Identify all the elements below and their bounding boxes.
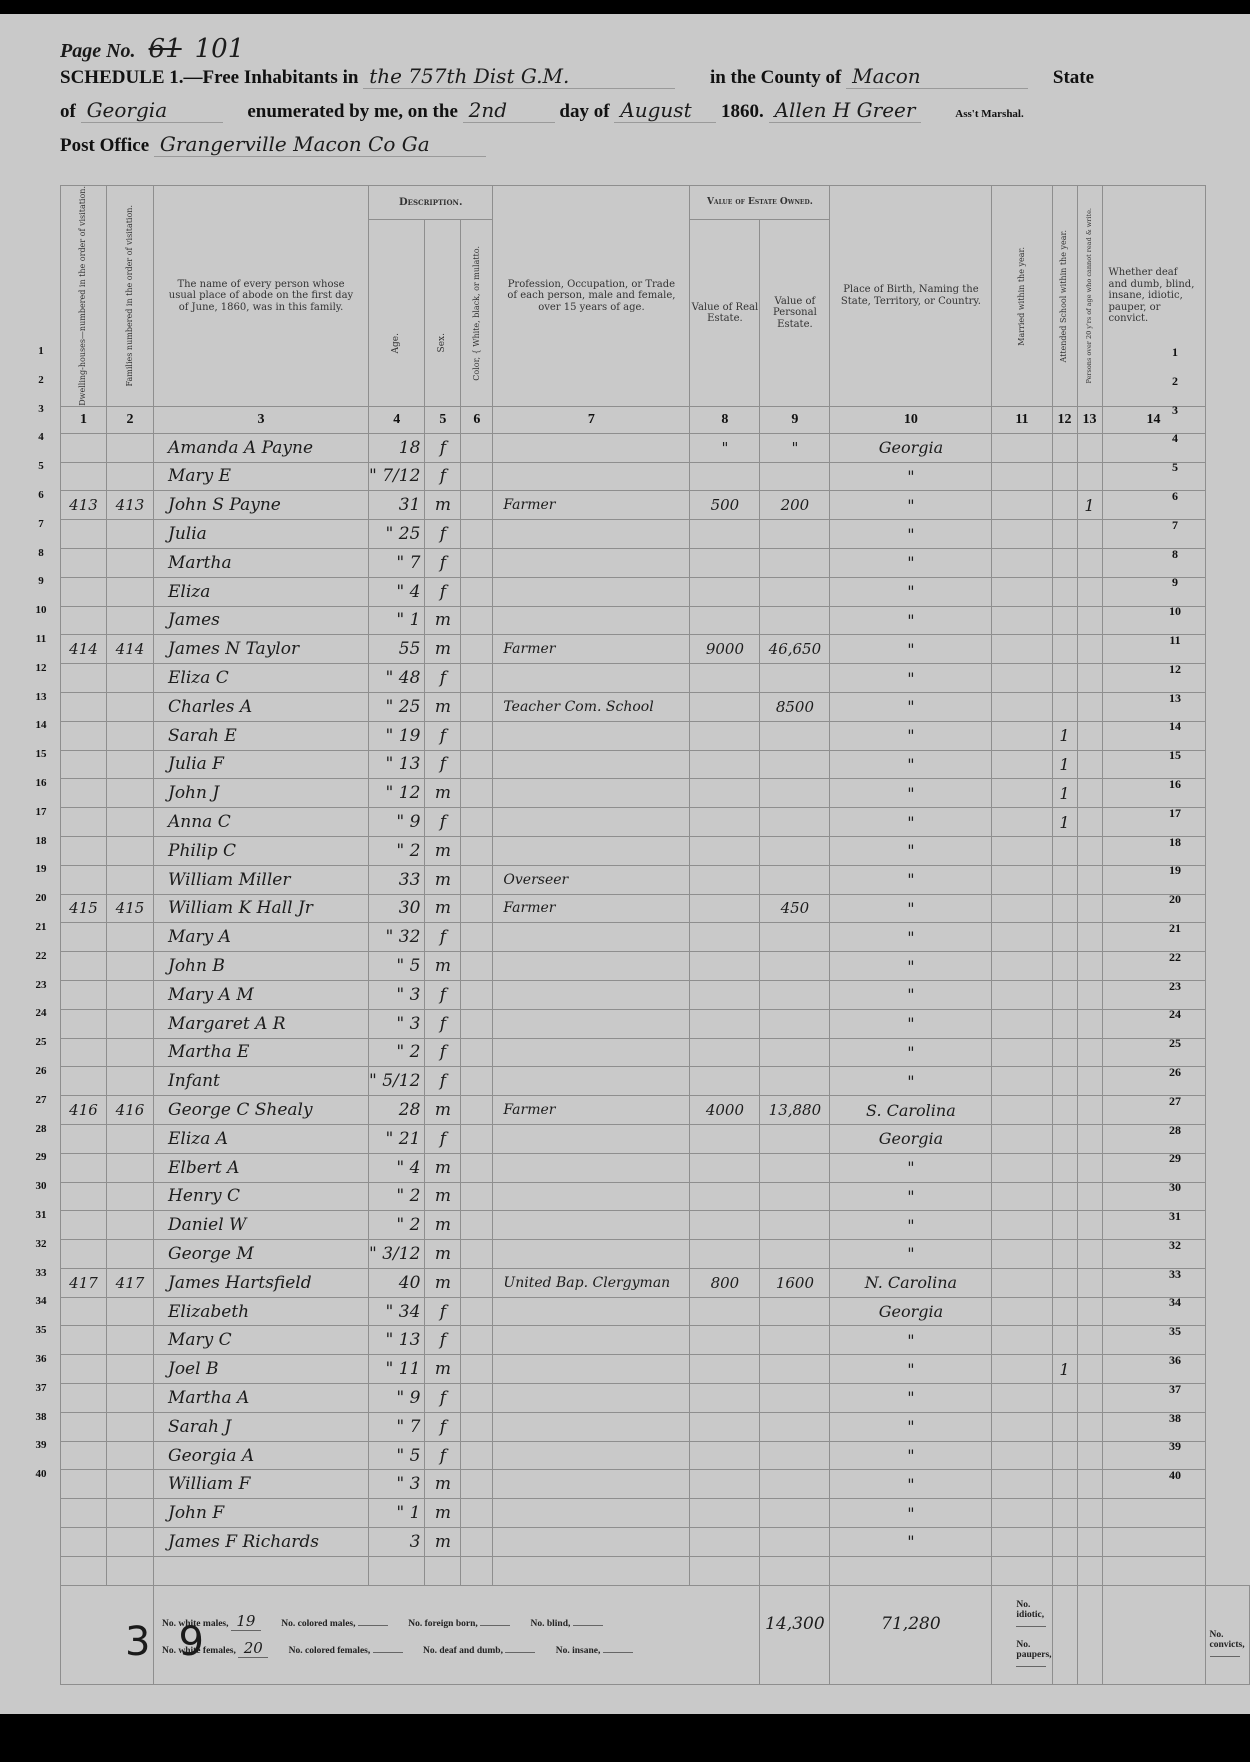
personal-estate-value bbox=[760, 1499, 830, 1528]
age: 40 bbox=[369, 1268, 425, 1297]
occupation bbox=[493, 433, 690, 462]
sex: m bbox=[425, 865, 461, 894]
color bbox=[461, 433, 493, 462]
married-mark bbox=[992, 1441, 1052, 1470]
sex: m bbox=[425, 779, 461, 808]
personal-estate-total: 71,280 bbox=[830, 1614, 991, 1634]
occupation bbox=[493, 1067, 690, 1096]
real-estate-value bbox=[690, 1441, 760, 1470]
illiterate-mark bbox=[1077, 808, 1102, 837]
school-mark bbox=[1052, 548, 1077, 577]
age: " 21 bbox=[369, 1124, 425, 1153]
birthplace: " bbox=[830, 1326, 992, 1355]
totals-idiotic-paupers: No. idiotic, No. paupers, bbox=[992, 1585, 1052, 1684]
married-mark bbox=[992, 1268, 1052, 1297]
family-number bbox=[107, 462, 154, 491]
married-mark bbox=[992, 1096, 1052, 1125]
personal-estate-value bbox=[760, 1556, 830, 1585]
table-row: Infant" 5/12f" bbox=[61, 1067, 1250, 1096]
occupation bbox=[493, 520, 690, 549]
line-number-right: 20 bbox=[1160, 892, 1190, 907]
school-mark bbox=[1052, 980, 1077, 1009]
illiterate-mark bbox=[1077, 462, 1102, 491]
married-mark bbox=[992, 1355, 1052, 1384]
family-number bbox=[107, 664, 154, 693]
family-number bbox=[107, 1153, 154, 1182]
table-row: John J" 12m"1 bbox=[61, 779, 1250, 808]
dwelling-number bbox=[61, 980, 107, 1009]
family-number bbox=[107, 1556, 154, 1585]
personal-estate-value: 8500 bbox=[760, 692, 830, 721]
age: 28 bbox=[369, 1096, 425, 1125]
line-number-left: 22 bbox=[30, 950, 52, 962]
color bbox=[461, 1326, 493, 1355]
school-mark bbox=[1052, 491, 1077, 520]
age: 55 bbox=[369, 635, 425, 664]
table-row: Henry C" 2m" bbox=[61, 1182, 1250, 1211]
line-number-right: 36 bbox=[1160, 1353, 1190, 1368]
school-mark bbox=[1052, 606, 1077, 635]
birthplace: " bbox=[830, 1211, 992, 1240]
age: " 2 bbox=[369, 1038, 425, 1067]
occupation bbox=[493, 1499, 690, 1528]
enumeration-line: of Georgia enumerated by me, on the 2nd … bbox=[60, 98, 1024, 123]
sex: m bbox=[425, 1268, 461, 1297]
line-number-right: 37 bbox=[1160, 1382, 1190, 1397]
occupation: Farmer bbox=[493, 1096, 690, 1125]
line-number-left: 12 bbox=[30, 662, 52, 674]
post-office-label: Post Office bbox=[60, 135, 149, 156]
real-estate-value bbox=[690, 750, 760, 779]
married-mark bbox=[992, 577, 1052, 606]
illiterate-mark bbox=[1077, 1384, 1102, 1413]
line-number-right: 16 bbox=[1160, 777, 1190, 792]
birthplace: " bbox=[830, 1067, 992, 1096]
family-number bbox=[107, 865, 154, 894]
illiterate-mark bbox=[1077, 433, 1102, 462]
real-estate-value bbox=[690, 548, 760, 577]
real-estate-value bbox=[690, 836, 760, 865]
family-number bbox=[107, 1528, 154, 1557]
real-estate-value bbox=[690, 1297, 760, 1326]
table-row: Sarah E" 19f"1 bbox=[61, 721, 1250, 750]
color bbox=[461, 894, 493, 923]
family-number bbox=[107, 1355, 154, 1384]
birthplace: " bbox=[830, 952, 992, 981]
personal-estate-value bbox=[760, 1240, 830, 1269]
col-header-name: The name of every person whose usual pla… bbox=[154, 186, 369, 407]
person-name: Joel B bbox=[154, 1355, 369, 1384]
occupation bbox=[493, 1182, 690, 1211]
illiterate-mark bbox=[1077, 1009, 1102, 1038]
line-number-left: 40 bbox=[30, 1468, 52, 1480]
occupation bbox=[493, 1355, 690, 1384]
married-mark bbox=[992, 1528, 1052, 1557]
school-mark: 1 bbox=[1052, 750, 1077, 779]
color bbox=[461, 635, 493, 664]
sex: m bbox=[425, 606, 461, 635]
line-number-right: 27 bbox=[1160, 1094, 1190, 1109]
col-group-estate: Value of Estate Owned. bbox=[690, 186, 830, 220]
occupation bbox=[493, 980, 690, 1009]
sex: f bbox=[425, 577, 461, 606]
birthplace: " bbox=[830, 836, 992, 865]
real-estate-value: 500 bbox=[690, 491, 760, 520]
birthplace: Georgia bbox=[830, 433, 992, 462]
line-number-left: 32 bbox=[30, 1238, 52, 1250]
county-field: Macon bbox=[846, 64, 1028, 89]
person-name: Infant bbox=[154, 1067, 369, 1096]
dwelling-number bbox=[61, 692, 107, 721]
col-header-dwelling: Dwelling-houses—numbered in the order of… bbox=[61, 186, 107, 407]
person-name: Mary A bbox=[154, 923, 369, 952]
real-estate-value bbox=[690, 462, 760, 491]
married-mark bbox=[992, 923, 1052, 952]
person-name: Elizabeth bbox=[154, 1297, 369, 1326]
marshal-name-field: Allen H Greer bbox=[769, 98, 921, 123]
school-mark bbox=[1052, 1297, 1077, 1326]
schedule-line: SCHEDULE 1.—Free Inhabitants in the 757t… bbox=[60, 64, 1094, 89]
dwelling-number bbox=[61, 1384, 107, 1413]
dwelling-number bbox=[61, 721, 107, 750]
person-name: Amanda A Payne bbox=[154, 433, 369, 462]
table-row: 417417James Hartsfield40mUnited Bap. Cle… bbox=[61, 1268, 1250, 1297]
real-estate-value bbox=[690, 1211, 760, 1240]
school-mark bbox=[1052, 1326, 1077, 1355]
header-group-row: Dwelling-houses—numbered in the order of… bbox=[61, 186, 1250, 220]
sex: f bbox=[425, 980, 461, 1009]
table-row: Amanda A Payne18f""Georgia bbox=[61, 433, 1250, 462]
sex: m bbox=[425, 836, 461, 865]
real-estate-value bbox=[690, 952, 760, 981]
family-number bbox=[107, 1499, 154, 1528]
occupation bbox=[493, 664, 690, 693]
line-number-right: 29 bbox=[1160, 1151, 1190, 1166]
col-number: 9 bbox=[760, 406, 830, 433]
dwelling-number bbox=[61, 520, 107, 549]
family-number bbox=[107, 779, 154, 808]
table-row: James F Richards3m" bbox=[61, 1528, 1250, 1557]
sex: f bbox=[425, 1067, 461, 1096]
school-mark bbox=[1052, 433, 1077, 462]
personal-estate-value bbox=[760, 1412, 830, 1441]
state-field: Georgia bbox=[81, 98, 223, 123]
table-row: Martha A" 9f" bbox=[61, 1384, 1250, 1413]
line-number-left: 20 bbox=[30, 892, 52, 904]
table-row: William Miller33mOverseer" bbox=[61, 865, 1250, 894]
dwelling-number bbox=[61, 808, 107, 837]
personal-estate-value bbox=[760, 923, 830, 952]
school-mark bbox=[1052, 1556, 1077, 1585]
col-header-occupation: Profession, Occupation, or Trade of each… bbox=[493, 186, 690, 407]
birthplace: " bbox=[830, 1153, 992, 1182]
real-estate-value bbox=[690, 606, 760, 635]
school-mark: 1 bbox=[1052, 779, 1077, 808]
table-row: Anna C" 9f"1 bbox=[61, 808, 1250, 837]
personal-estate-value bbox=[760, 1211, 830, 1240]
real-estate-total: 14,300 bbox=[760, 1614, 829, 1634]
illiterate-mark bbox=[1077, 1355, 1102, 1384]
table-row: Philip C" 2m" bbox=[61, 836, 1250, 865]
birthplace: " bbox=[830, 1441, 992, 1470]
person-name: George C Shealy bbox=[154, 1096, 369, 1125]
person-name: Elbert A bbox=[154, 1153, 369, 1182]
color bbox=[461, 548, 493, 577]
school-mark bbox=[1052, 1124, 1077, 1153]
married-mark bbox=[992, 1556, 1052, 1585]
married-mark bbox=[992, 836, 1052, 865]
table-row: Julia F" 13f"1 bbox=[61, 750, 1250, 779]
age: 31 bbox=[369, 491, 425, 520]
family-number bbox=[107, 808, 154, 837]
table-row: Elbert A" 4m" bbox=[61, 1153, 1250, 1182]
line-number-left: 29 bbox=[30, 1151, 52, 1163]
dwelling-number bbox=[61, 1556, 107, 1585]
personal-estate-value bbox=[760, 577, 830, 606]
married-mark bbox=[992, 750, 1052, 779]
family-number: 413 bbox=[107, 491, 154, 520]
married-mark bbox=[992, 1412, 1052, 1441]
personal-estate-value: " bbox=[760, 433, 830, 462]
line-number-right: 7 bbox=[1160, 518, 1190, 533]
col-number: 6 bbox=[461, 406, 493, 433]
table-row: Georgia A" 5f" bbox=[61, 1441, 1250, 1470]
color bbox=[461, 779, 493, 808]
table-row: John B" 5m" bbox=[61, 952, 1250, 981]
age: " 48 bbox=[369, 664, 425, 693]
personal-estate-value bbox=[760, 1009, 830, 1038]
sex: f bbox=[425, 808, 461, 837]
line-number-right: 1 bbox=[1160, 345, 1190, 360]
line-number-right: 2 bbox=[1160, 374, 1190, 389]
color bbox=[461, 1297, 493, 1326]
col-header-age: Age. bbox=[369, 220, 425, 406]
illiterate-mark bbox=[1077, 1441, 1102, 1470]
sex: f bbox=[425, 1412, 461, 1441]
handwritten-count: 39 bbox=[125, 1619, 232, 1665]
married-mark bbox=[992, 462, 1052, 491]
birthplace: " bbox=[830, 1182, 992, 1211]
school-mark bbox=[1052, 664, 1077, 693]
birthplace: " bbox=[830, 692, 992, 721]
school-mark bbox=[1052, 1499, 1077, 1528]
dwelling-number: 414 bbox=[61, 635, 107, 664]
married-mark bbox=[992, 520, 1052, 549]
color bbox=[461, 692, 493, 721]
year-label: 1860. bbox=[721, 101, 764, 122]
line-number-left: 28 bbox=[30, 1123, 52, 1135]
family-number bbox=[107, 548, 154, 577]
personal-estate-value bbox=[760, 1124, 830, 1153]
occupation bbox=[493, 1124, 690, 1153]
white-males-count: 19 bbox=[231, 1612, 261, 1631]
married-mark bbox=[992, 1038, 1052, 1067]
table-row: 414414James N Taylor55mFarmer900046,650" bbox=[61, 635, 1250, 664]
sex: f bbox=[425, 1326, 461, 1355]
person-name: James bbox=[154, 606, 369, 635]
color bbox=[461, 1038, 493, 1067]
sex: f bbox=[425, 1009, 461, 1038]
age: " 32 bbox=[369, 923, 425, 952]
married-mark bbox=[992, 1384, 1052, 1413]
line-number-left: 3 bbox=[30, 403, 52, 415]
occupation bbox=[493, 1009, 690, 1038]
dwelling-number bbox=[61, 1211, 107, 1240]
age: " 2 bbox=[369, 836, 425, 865]
insane-count bbox=[603, 1652, 633, 1653]
table-row: Mary E" 7/12f" bbox=[61, 462, 1250, 491]
person-name: James N Taylor bbox=[154, 635, 369, 664]
personal-estate-value bbox=[760, 1153, 830, 1182]
married-mark bbox=[992, 980, 1052, 1009]
foreign-born-count bbox=[480, 1625, 510, 1626]
color bbox=[461, 606, 493, 635]
dwelling-number bbox=[61, 923, 107, 952]
personal-estate-value bbox=[760, 1067, 830, 1096]
person-name: Georgia A bbox=[154, 1441, 369, 1470]
age: " 9 bbox=[369, 808, 425, 837]
col-number: 12 bbox=[1052, 406, 1077, 433]
illiterate-mark bbox=[1077, 1268, 1102, 1297]
day-of-label: day of bbox=[559, 101, 609, 122]
county-label: in the County of bbox=[710, 67, 841, 88]
married-mark bbox=[992, 1326, 1052, 1355]
real-estate-value bbox=[690, 1326, 760, 1355]
dwelling-number bbox=[61, 1182, 107, 1211]
illiterate-mark bbox=[1077, 1067, 1102, 1096]
sex: m bbox=[425, 1211, 461, 1240]
sex bbox=[425, 1556, 461, 1585]
real-estate-value bbox=[690, 1355, 760, 1384]
table-row: Eliza" 4f" bbox=[61, 577, 1250, 606]
real-estate-value bbox=[690, 1153, 760, 1182]
dwelling-number bbox=[61, 548, 107, 577]
real-estate-value bbox=[690, 1412, 760, 1441]
sex: m bbox=[425, 1528, 461, 1557]
age: " 25 bbox=[369, 520, 425, 549]
birthplace: " bbox=[830, 462, 992, 491]
dwelling-number bbox=[61, 952, 107, 981]
dwelling-number bbox=[61, 606, 107, 635]
person-name: Martha bbox=[154, 548, 369, 577]
school-mark bbox=[1052, 1470, 1077, 1499]
table-row: Elizabeth" 34fGeorgia bbox=[61, 1297, 1250, 1326]
schedule-label: SCHEDULE 1.—Free Inhabitants in bbox=[60, 67, 358, 88]
table-row: Eliza C" 48f" bbox=[61, 664, 1250, 693]
illiterate-mark bbox=[1077, 606, 1102, 635]
occupation bbox=[493, 779, 690, 808]
sex: m bbox=[425, 1096, 461, 1125]
age: " 7 bbox=[369, 548, 425, 577]
line-number-right: 34 bbox=[1160, 1295, 1190, 1310]
personal-estate-value bbox=[760, 1528, 830, 1557]
birthplace: " bbox=[830, 1412, 992, 1441]
occupation bbox=[493, 548, 690, 577]
totals-row: No. white males, 19 No. colored males, N… bbox=[61, 1585, 1250, 1684]
person-name: Martha A bbox=[154, 1384, 369, 1413]
age: " 11 bbox=[369, 1355, 425, 1384]
color bbox=[461, 836, 493, 865]
age: " 13 bbox=[369, 750, 425, 779]
married-mark bbox=[992, 1297, 1052, 1326]
birthplace: Georgia bbox=[830, 1124, 992, 1153]
real-estate-value bbox=[690, 923, 760, 952]
real-estate-value bbox=[690, 980, 760, 1009]
line-number-right: 3 bbox=[1160, 403, 1190, 418]
page-number-struck: 61 bbox=[149, 34, 182, 64]
real-estate-value: 800 bbox=[690, 1268, 760, 1297]
person-name: Philip C bbox=[154, 836, 369, 865]
real-estate-value bbox=[690, 520, 760, 549]
birthplace: " bbox=[830, 1009, 992, 1038]
col-header-color: Color, { White, black, or mulatto. bbox=[461, 220, 493, 406]
line-number-right: 8 bbox=[1160, 547, 1190, 562]
line-number-right: 11 bbox=[1160, 633, 1190, 648]
person-name: John J bbox=[154, 779, 369, 808]
table-row: 416416George C Shealy28mFarmer400013,880… bbox=[61, 1096, 1250, 1125]
day-field: 2nd bbox=[463, 98, 555, 123]
personal-estate-value bbox=[760, 808, 830, 837]
occupation: Farmer bbox=[493, 635, 690, 664]
line-number-right: 18 bbox=[1160, 835, 1190, 850]
person-name: Mary A M bbox=[154, 980, 369, 1009]
personal-estate-value bbox=[760, 1441, 830, 1470]
totals-counts: No. white males, 19 No. colored males, N… bbox=[154, 1585, 760, 1684]
occupation: Overseer bbox=[493, 865, 690, 894]
sex: f bbox=[425, 750, 461, 779]
of-label: of bbox=[60, 101, 76, 122]
real-estate-value bbox=[690, 1067, 760, 1096]
table-row: William F" 3m" bbox=[61, 1470, 1250, 1499]
person-name: Eliza C bbox=[154, 664, 369, 693]
family-number: 414 bbox=[107, 635, 154, 664]
color bbox=[461, 952, 493, 981]
post-office-line: Post Office Grangerville Macon Co Ga bbox=[60, 132, 486, 157]
line-number-left: 6 bbox=[30, 489, 52, 501]
family-number bbox=[107, 1441, 154, 1470]
married-mark bbox=[992, 1470, 1052, 1499]
married-mark bbox=[992, 779, 1052, 808]
personal-estate-value bbox=[760, 1355, 830, 1384]
dwelling-number bbox=[61, 433, 107, 462]
col-header-married: Married within the year. bbox=[992, 186, 1052, 407]
color bbox=[461, 1067, 493, 1096]
personal-estate-value: 200 bbox=[760, 491, 830, 520]
married-mark bbox=[992, 1067, 1052, 1096]
col-number: 2 bbox=[107, 406, 154, 433]
table-row: Daniel W" 2m" bbox=[61, 1211, 1250, 1240]
sex: f bbox=[425, 1297, 461, 1326]
dwelling-number bbox=[61, 1067, 107, 1096]
sex: m bbox=[425, 1470, 461, 1499]
personal-estate-value bbox=[760, 462, 830, 491]
occupation bbox=[493, 1412, 690, 1441]
col-number: 8 bbox=[690, 406, 760, 433]
age: 3 bbox=[369, 1528, 425, 1557]
married-mark bbox=[992, 606, 1052, 635]
birthplace: " bbox=[830, 721, 992, 750]
line-number-left: 14 bbox=[30, 719, 52, 731]
color bbox=[461, 1124, 493, 1153]
age: " 5 bbox=[369, 1441, 425, 1470]
real-estate-value bbox=[690, 894, 760, 923]
sex: m bbox=[425, 1355, 461, 1384]
colored-females-count bbox=[373, 1652, 403, 1653]
personal-estate-value bbox=[760, 548, 830, 577]
table-row: 415415William K Hall Jr30mFarmer450" bbox=[61, 894, 1250, 923]
real-estate-value bbox=[690, 577, 760, 606]
person-name: Eliza bbox=[154, 577, 369, 606]
